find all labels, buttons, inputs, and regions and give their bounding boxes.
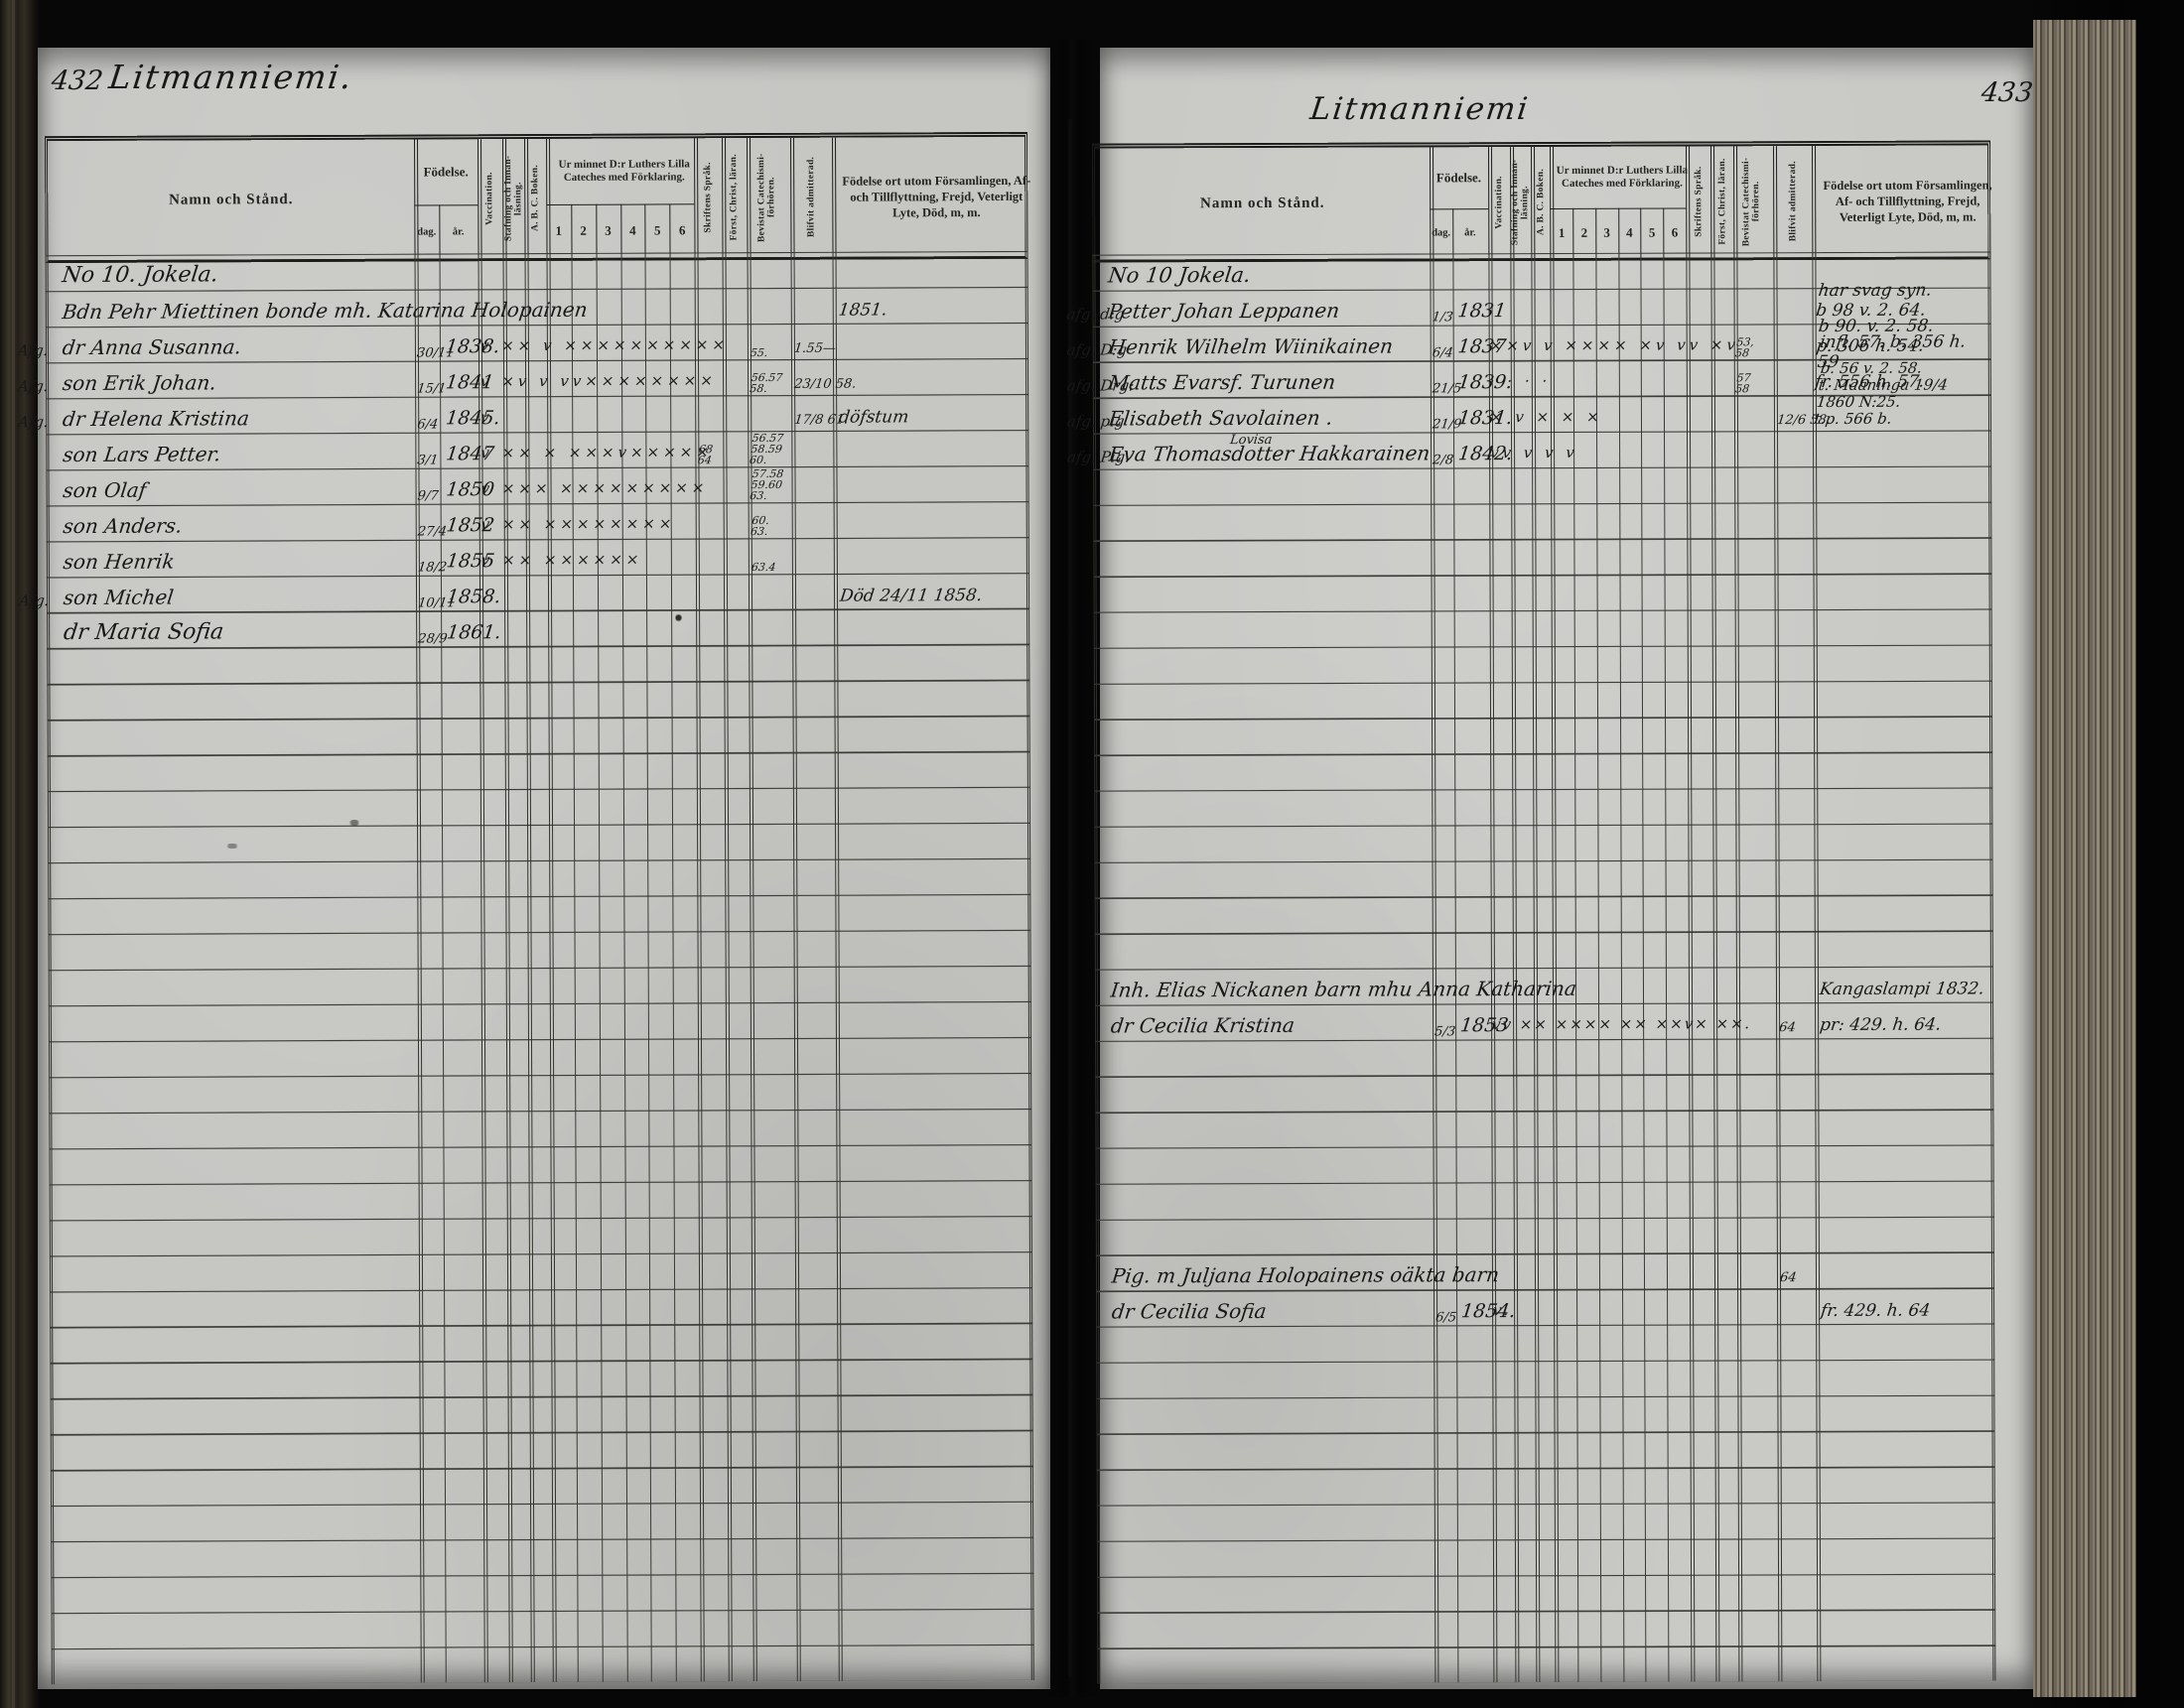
column-header-catechism: Ur minnet D:r Luthers Lilla Cateches med… (1551, 146, 1695, 207)
admitted-cell: 1.55— (793, 341, 837, 356)
name-cell: No 10 Jokela. (1107, 263, 1252, 288)
table-row: son Olaf 9/7 1850 v ××× ××××××××× 57.58 … (49, 465, 1025, 505)
notes-cell: Kangaslampi 1832. (1819, 979, 1985, 999)
name-cell: Inh. Elias Nickanen barn mhu Anna Kathar… (1109, 977, 1577, 1002)
column-header-catechism-3: 3 (596, 204, 620, 258)
birth-day-cell: 3/1 (416, 453, 439, 467)
meetings-cell: 53, 58 (1735, 336, 1755, 358)
column-header-admitted: Blifvit admitterad. (790, 138, 833, 257)
birth-day-cell: 27/4 (417, 524, 448, 539)
table-row: afg. Pig. Lovisa Eva Thomasdotter Hakkar… (1096, 430, 1988, 468)
column-header-catechism-5: 5 (645, 203, 670, 257)
column-header-name: Namn och Stånd. (48, 140, 415, 261)
marks-cell: v ×v v vv×××××××× (479, 371, 718, 390)
name-cell: Pig. m Juljana Holopainens oäkta barn (1110, 1262, 1500, 1287)
meetings-cell: 63.4 (751, 562, 776, 573)
table-row: Inh. Elias Nickanen barn mhu Anna Kathar… (1098, 966, 1990, 1004)
table-header: Namn och Stånd. Födelse. dag. år. Vaccin… (45, 132, 1028, 263)
marks-cell: vv ×× ×××× ×× ××v× ××. (1491, 1014, 1753, 1033)
column-header-catechism-meetings: Bevistat Catechismi-förhören. (747, 138, 791, 257)
column-header-catechism-6: 6 (670, 203, 695, 257)
meetings-cell: 57 58 (1735, 372, 1752, 394)
notes-cell: fr. 429. h. 64 (1820, 1301, 1931, 1321)
notes-cell: Död 24/11 1858. (839, 586, 984, 606)
marks-cell: v ×× ×××××× (480, 551, 644, 570)
birth-year-cell: 1858. (445, 586, 501, 607)
birth-day-cell: 5/3 (1433, 1024, 1456, 1039)
birth-day-cell: 6/4 (1432, 345, 1454, 360)
table-row: Bdn Pehr Miettinen bonde mh. Katarina Ho… (49, 287, 1025, 327)
column-header-year: år. (439, 204, 478, 258)
table-body: No 10 Jokela. afg. d:g Petter Johan Lepp… (1092, 251, 1995, 1683)
margin-note: Afg. (17, 591, 50, 609)
name-cell: son Erik Johan. (61, 370, 217, 395)
table-header: Namn och Stånd. Födelse. dag. år. Vaccin… (1092, 140, 1990, 262)
meetings-cell: 57.58 59.60 63. (749, 468, 783, 501)
notes-cell: b. 56 v. 2. 58. t. Maaninga 19/4 1860 N:… (1814, 359, 1991, 428)
table-row: Afg. son Erik Johan. 15/1 1841 v ×v v vv… (49, 358, 1025, 398)
name-cell: Bdn Pehr Miettinen bonde mh. Katarina Ho… (61, 298, 589, 324)
table-row: Afg. son Michel 10/11 1858. Död 24/11 18… (50, 573, 1026, 612)
birth-day-cell: 28/9 (417, 631, 448, 646)
column-header-year: år. (1452, 208, 1488, 259)
column-header-remarks: Födelse ort utom Församlingen, Af- och T… (1812, 145, 2003, 257)
column-header-catechism-2: 2 (571, 204, 596, 258)
column-header-catechism: Ur minnet D:r Luthers Lilla Cateches med… (546, 138, 703, 204)
column-header-catechism-3: 3 (1595, 207, 1618, 257)
birth-day-cell: 2/8 (1432, 453, 1454, 467)
name-cell: Matts Evarsf. Turunen (1107, 370, 1336, 395)
table-row: son Anders. 27/4 1852 v ×× ×××××××× 60. … (50, 501, 1026, 541)
margin-note: Afg. (17, 377, 50, 395)
column-header-name: Namn och Stånd. (1095, 147, 1431, 259)
table-row: dr Cecilia Kristina 5/3 1853 vv ×× ×××× … (1098, 1001, 1990, 1040)
meetings-cell: 56.57 58. (749, 372, 782, 394)
meetings-cell: 55. (750, 347, 768, 358)
name-cell: dr Cecilia Kristina (1109, 1013, 1296, 1038)
name-cell: Eva Thomasdotter Hakkarainen (1107, 441, 1431, 465)
name-cell: dr Maria Sofia (62, 619, 224, 645)
name-cell: son Henrik (62, 550, 176, 575)
notes-cell: döfstum (838, 407, 909, 427)
admitted-cell: 23/10 58. (793, 377, 857, 392)
notes-cell: pr: 429. h. 64. (1819, 1015, 1943, 1035)
admitted-cell: 64 (1779, 1270, 1797, 1285)
birth-day-cell: 1/3 (1432, 310, 1454, 325)
table-row: Afg. dr Helena Kristina 6/4 1845. v 17/8… (49, 394, 1025, 434)
column-header-birth: Födelse. (414, 139, 478, 204)
meetings-cell: 60. 63. (750, 515, 769, 537)
marks-cell: ××v v ×××× ×v vv ×v (1489, 335, 1740, 354)
column-header-catechism-4: 4 (1618, 207, 1641, 257)
table-row: Pig. m Juljana Holopainens oäkta barn 64 (1099, 1251, 1991, 1290)
column-header-catechism-6: 6 (1663, 207, 1686, 257)
marks-cell: v ×× v ×××××××××× (479, 335, 730, 354)
name-cell: Petter Johan Leppanen (1107, 299, 1340, 324)
marks-cell: v ×× × ×××v××××× (479, 443, 714, 461)
ink-smudge (347, 820, 361, 826)
marks-cell: · · · · (1489, 372, 1553, 390)
marks-cell: v ××× ××××××××× (479, 478, 709, 497)
margin-note: Afg. (16, 341, 49, 359)
page-title: Litmanniemi. (107, 58, 355, 96)
marks-cell: × v × × × (1489, 408, 1604, 426)
table-row: son Henrik 18/2 1855 v ×× ×××××× 63.4 (50, 537, 1026, 577)
notes-cell: har svag syn. b 98 v. 2. 64. (1815, 281, 1933, 321)
table-row: dr Cecilia Sofia 6/5 1854. v. fr. 429. h… (1099, 1287, 1991, 1326)
name-cell: son Lars Petter. (62, 442, 222, 466)
marks-cell: vv v v v (1489, 444, 1579, 461)
scripture-cell: 68 64 (697, 444, 714, 465)
name-cell: son Michel (62, 586, 175, 609)
book-cover-edge (0, 0, 40, 1708)
column-header-catechism-2: 2 (1572, 207, 1595, 257)
meetings-cell: 56.57 58.59 60. (749, 433, 783, 465)
ink-smudge (675, 613, 682, 622)
margin-note: Afg. (17, 413, 50, 431)
marks-cell: v (479, 408, 494, 426)
page-fore-edge (2033, 20, 2136, 1697)
name-cell: Henrik Wilhelm Wiinikainen (1107, 334, 1394, 359)
birth-day-cell: 6/5 (1434, 1310, 1457, 1325)
birth-year-cell: 1831 (1456, 300, 1507, 322)
marks-cell: v ×× ×××××××× (480, 514, 677, 533)
name-cell: No 10. Jokela. (61, 262, 219, 288)
name-cell: Elisabeth Savolainen . (1107, 406, 1333, 431)
table-row: dr Maria Sofia 28/9 1861. (50, 608, 1026, 648)
name-cell: dr Helena Kristina (62, 406, 251, 431)
marks-cell: v. (1492, 1301, 1514, 1319)
column-header-birth: Födelse. (1430, 147, 1488, 208)
name-cell: dr Anna Susanna. (61, 334, 242, 359)
birth-year-cell: 1861. (445, 621, 501, 643)
column-header-catechism-5: 5 (1641, 207, 1664, 257)
pencil-mark (224, 844, 240, 849)
page-title: Litmanniemi (1308, 91, 1532, 127)
column-header-catechism-meetings: Bevistat Catechismi-förhören. (1733, 146, 1774, 257)
name-cell: son Anders. (62, 514, 184, 539)
page-number: 432 (50, 66, 104, 96)
birth-day-cell: 15/1 (416, 381, 447, 396)
table-row: Afg. dr Anna Susanna. 30/11 1838. v ×× v… (49, 323, 1025, 362)
table-body: No 10. Jokela. Bdn Pehr Miettinen bonde … (46, 251, 1034, 1684)
column-header-admitted: Blifvit admitterad. (1773, 146, 1812, 257)
scanned-parish-register: 432 Litmanniemi. Namn och Stånd. Födelse… (0, 0, 2184, 1708)
notes-cell: 1851. (838, 300, 888, 320)
table-row: No 10. Jokela. (49, 251, 1025, 291)
table-row: son Lars Petter. 3/1 1847 v ×× × ×××v×××… (49, 430, 1025, 469)
name-cell: dr Cecilia Sofia (1110, 1299, 1267, 1324)
admitted-cell: 64 (1778, 1020, 1796, 1035)
birth-day-cell: 9/7 (417, 488, 440, 503)
name-cell: son Olaf (62, 478, 148, 502)
birth-day-cell: 18/2 (417, 560, 448, 575)
page-number: 433 (1979, 77, 2034, 108)
birth-day-cell: 6/4 (416, 417, 439, 432)
table-row: afg. pig Elisabeth Savolainen . 21/9 183… (1096, 394, 1988, 433)
column-header-catechism-4: 4 (620, 204, 645, 258)
column-header-remarks: Födelse ort utom Församlingen, Af- och T… (832, 137, 1040, 257)
